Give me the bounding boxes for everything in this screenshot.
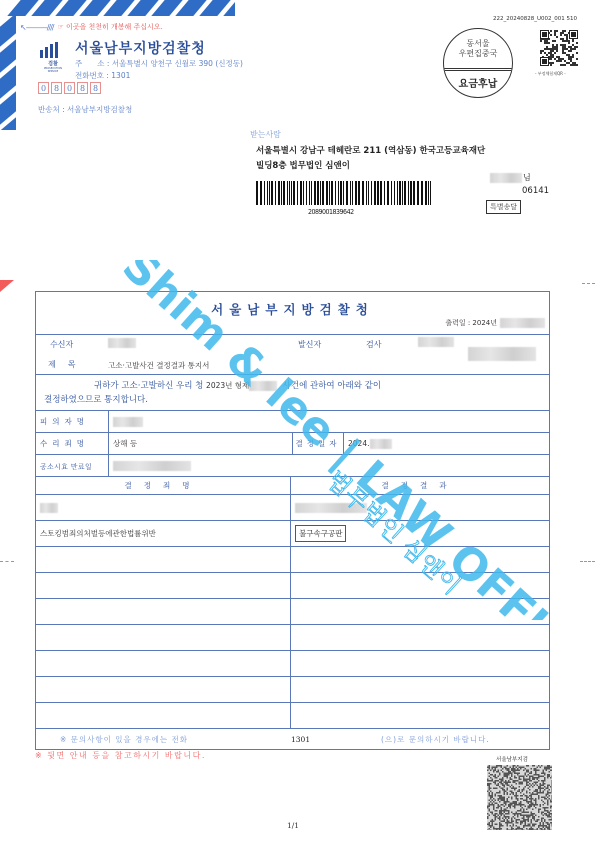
envelope-stripes-left — [0, 0, 16, 130]
qr-caption: - 부정체험제QR - — [535, 71, 566, 77]
subject-label: 제 목 — [48, 359, 77, 370]
redacted-prosecutor-info — [468, 347, 536, 361]
recipient-zip: 06141 — [522, 186, 549, 196]
notice-body-part2: 사건에 관하여 아래와 같이 — [283, 381, 381, 391]
redacted-prosecutor — [418, 337, 454, 347]
decision-date-label: 결정일자 — [292, 433, 344, 454]
redacted-result — [295, 503, 367, 513]
limitation-row: 공소시효 만료일 — [36, 455, 549, 477]
decision-date: 2024. — [344, 433, 549, 454]
page-indicator: 1/1 — [287, 821, 299, 830]
highlighted-result: 불구속구공판 — [295, 525, 346, 542]
decision-table-header: 결정죄명 결정결과 — [36, 477, 549, 495]
result-cell — [291, 703, 549, 728]
back-side-note: ※ 뒷면 안내 등을 참고하시기 바랍니다. — [35, 750, 206, 761]
postmark-office-line1: 동서울 — [444, 39, 512, 49]
suspect-label: 피의자명 — [36, 411, 109, 432]
redacted-date — [500, 318, 545, 328]
decision-table-row — [36, 573, 549, 599]
limitation-label: 공소시효 만료일 — [36, 455, 109, 476]
logo-sub: PROSECUTION SERVICE — [40, 67, 66, 73]
redacted-recipient — [108, 338, 136, 348]
decision-table-row — [36, 651, 549, 677]
case-number-prefix: 2023년 형제 — [206, 381, 249, 390]
prosecution-logo: 검찰 PROSECUTION SERVICE — [40, 42, 66, 72]
result-cell — [291, 599, 549, 624]
sender-field-label: 발신자 — [298, 339, 321, 350]
print-date-label: 출력일 : 2024년 — [445, 318, 497, 328]
decision-table-row — [36, 677, 549, 703]
tear-instruction-text: ☞ 이곳을 천천히 개봉해 주십시오. — [57, 22, 162, 32]
offense-cell — [36, 547, 291, 572]
notice-body: 귀하가 고소·고발하신 우리 청 2023년 형제 사건에 관하여 아래와 같이… — [36, 375, 549, 411]
result-header: 결정결과 — [291, 477, 549, 494]
decision-table-row — [36, 495, 549, 521]
suspect-row: 피의자명 — [36, 411, 549, 433]
sender-zip: 0 8 0 8 8 — [38, 82, 101, 94]
verification-code-icon — [487, 765, 552, 830]
fold-line — [0, 561, 14, 562]
offense-cell — [36, 573, 291, 598]
zip-digit: 0 — [38, 82, 49, 94]
logo-label: 검찰 — [40, 60, 66, 67]
result-cell — [291, 625, 549, 650]
result-cell — [291, 651, 549, 676]
honorific: 님 — [523, 172, 531, 183]
qr-code-icon — [540, 30, 578, 66]
redacted-case-number — [249, 381, 277, 391]
decision-table-row — [36, 599, 549, 625]
offense-cell — [36, 677, 291, 702]
postmark-fee: 요금후납 — [444, 75, 512, 90]
offense-cell — [36, 651, 291, 676]
redacted-offense — [40, 503, 58, 513]
charge-label: 수리죄명 — [36, 433, 109, 454]
decision-table-row — [36, 547, 549, 573]
charge-row: 수리죄명 상해 등 결정일자 2024. — [36, 433, 549, 455]
tear-instruction: ↖———//// ☞ 이곳을 천천히 개봉해 주십시오. — [20, 22, 163, 32]
sender-address: 주 소 : 서울특별시 양천구 신월로 390 (신정동) — [75, 58, 243, 69]
tracking-code: 222_20240828_U002_001 510 — [493, 16, 577, 22]
barcode-icon — [256, 181, 431, 205]
office-stamp-label: 서울남부지검 — [496, 755, 528, 763]
offense-cell: 스토킹범죄의처벌등에관한법률위반 — [36, 521, 291, 546]
result-cell — [291, 573, 549, 598]
result-cell — [291, 547, 549, 572]
redacted-limitation-date — [113, 461, 191, 471]
form-title: 서울남부지방검찰청 — [36, 300, 549, 318]
recipient-address: 서울특별시 강남구 테헤란로 211 (역삼동) 한국고등교육재단 빌딩8층 법… — [256, 144, 546, 174]
notice-body-part1: 귀하가 고소·고발하신 우리 청 — [94, 381, 203, 391]
zip-digit: 0 — [64, 82, 75, 94]
notice-body-line2: 결정하였으므로 통지합니다. — [44, 393, 539, 407]
offense-cell — [36, 495, 291, 520]
decision-table-row — [36, 703, 549, 729]
contact-row: ※ 문의사항이 있을 경우에는 전화 1301 (으)로 문의하시기 바랍니다. — [36, 729, 549, 749]
zip-digit: 8 — [77, 82, 88, 94]
zip-digit: 8 — [90, 82, 101, 94]
charge-value: 상해 등 — [109, 433, 292, 454]
redacted-name — [490, 173, 522, 183]
zip-digit: 8 — [51, 82, 62, 94]
postmark-office-line2: 우편집중국 — [444, 49, 512, 59]
decision-table-row — [36, 625, 549, 651]
offense-header: 결정죄명 — [36, 477, 291, 494]
postmark-stamp: 동서울 우편집중국 요금후납 — [443, 28, 513, 98]
decision-notice-form: 서울남부지방검찰청 출력일 : 2024년 수신자 발신자 검사 제 목 고소·… — [35, 291, 550, 750]
return-address: 반송처 : 서울남부지방검찰청 — [38, 104, 132, 115]
result-cell: 불구속구공판 — [291, 521, 549, 546]
fold-line — [580, 561, 595, 562]
fold-marker — [0, 280, 14, 292]
contact-phone: 1301 — [291, 735, 366, 744]
redacted-decision-date — [370, 439, 392, 449]
sender-title: 검사 — [366, 339, 381, 350]
contact-suffix: (으)로 문의하시기 바랍니다. — [366, 734, 549, 745]
result-cell — [291, 495, 549, 520]
redacted-suspect — [113, 417, 143, 427]
special-delivery-badge: 특별송달 — [486, 200, 521, 214]
print-date: 출력일 : 2024년 — [445, 318, 545, 328]
recipient-name: 님 — [490, 172, 531, 183]
contact-prefix: ※ 문의사항이 있을 경우에는 전화 — [36, 734, 291, 745]
decision-table-row: 스토킹범죄의처벌등에관한법률위반불구속구공판 — [36, 521, 549, 547]
offense-cell — [36, 599, 291, 624]
envelope-stripes-top — [0, 0, 235, 16]
offense-cell — [36, 625, 291, 650]
sender-name: 서울남부지방검찰청 — [75, 38, 206, 58]
fold-line — [582, 283, 595, 284]
recipient-label: 받는사람 — [250, 129, 281, 140]
offense-cell — [36, 703, 291, 728]
sender-phone: 전화번호 : 1301 — [75, 70, 130, 81]
recipient-address-line1: 서울특별시 강남구 테헤란로 211 (역삼동) 한국고등교육재단 — [256, 144, 546, 159]
subject-value: 고소·고발사건 결정결과 통지서 — [108, 360, 209, 371]
barcode-number: 2089001839642 — [308, 208, 354, 216]
result-cell — [291, 677, 549, 702]
decision-date-value: 2024. — [348, 439, 369, 448]
recipient-field-label: 수신자 — [50, 339, 73, 350]
tear-arrow-icon: ↖———//// — [20, 23, 53, 32]
